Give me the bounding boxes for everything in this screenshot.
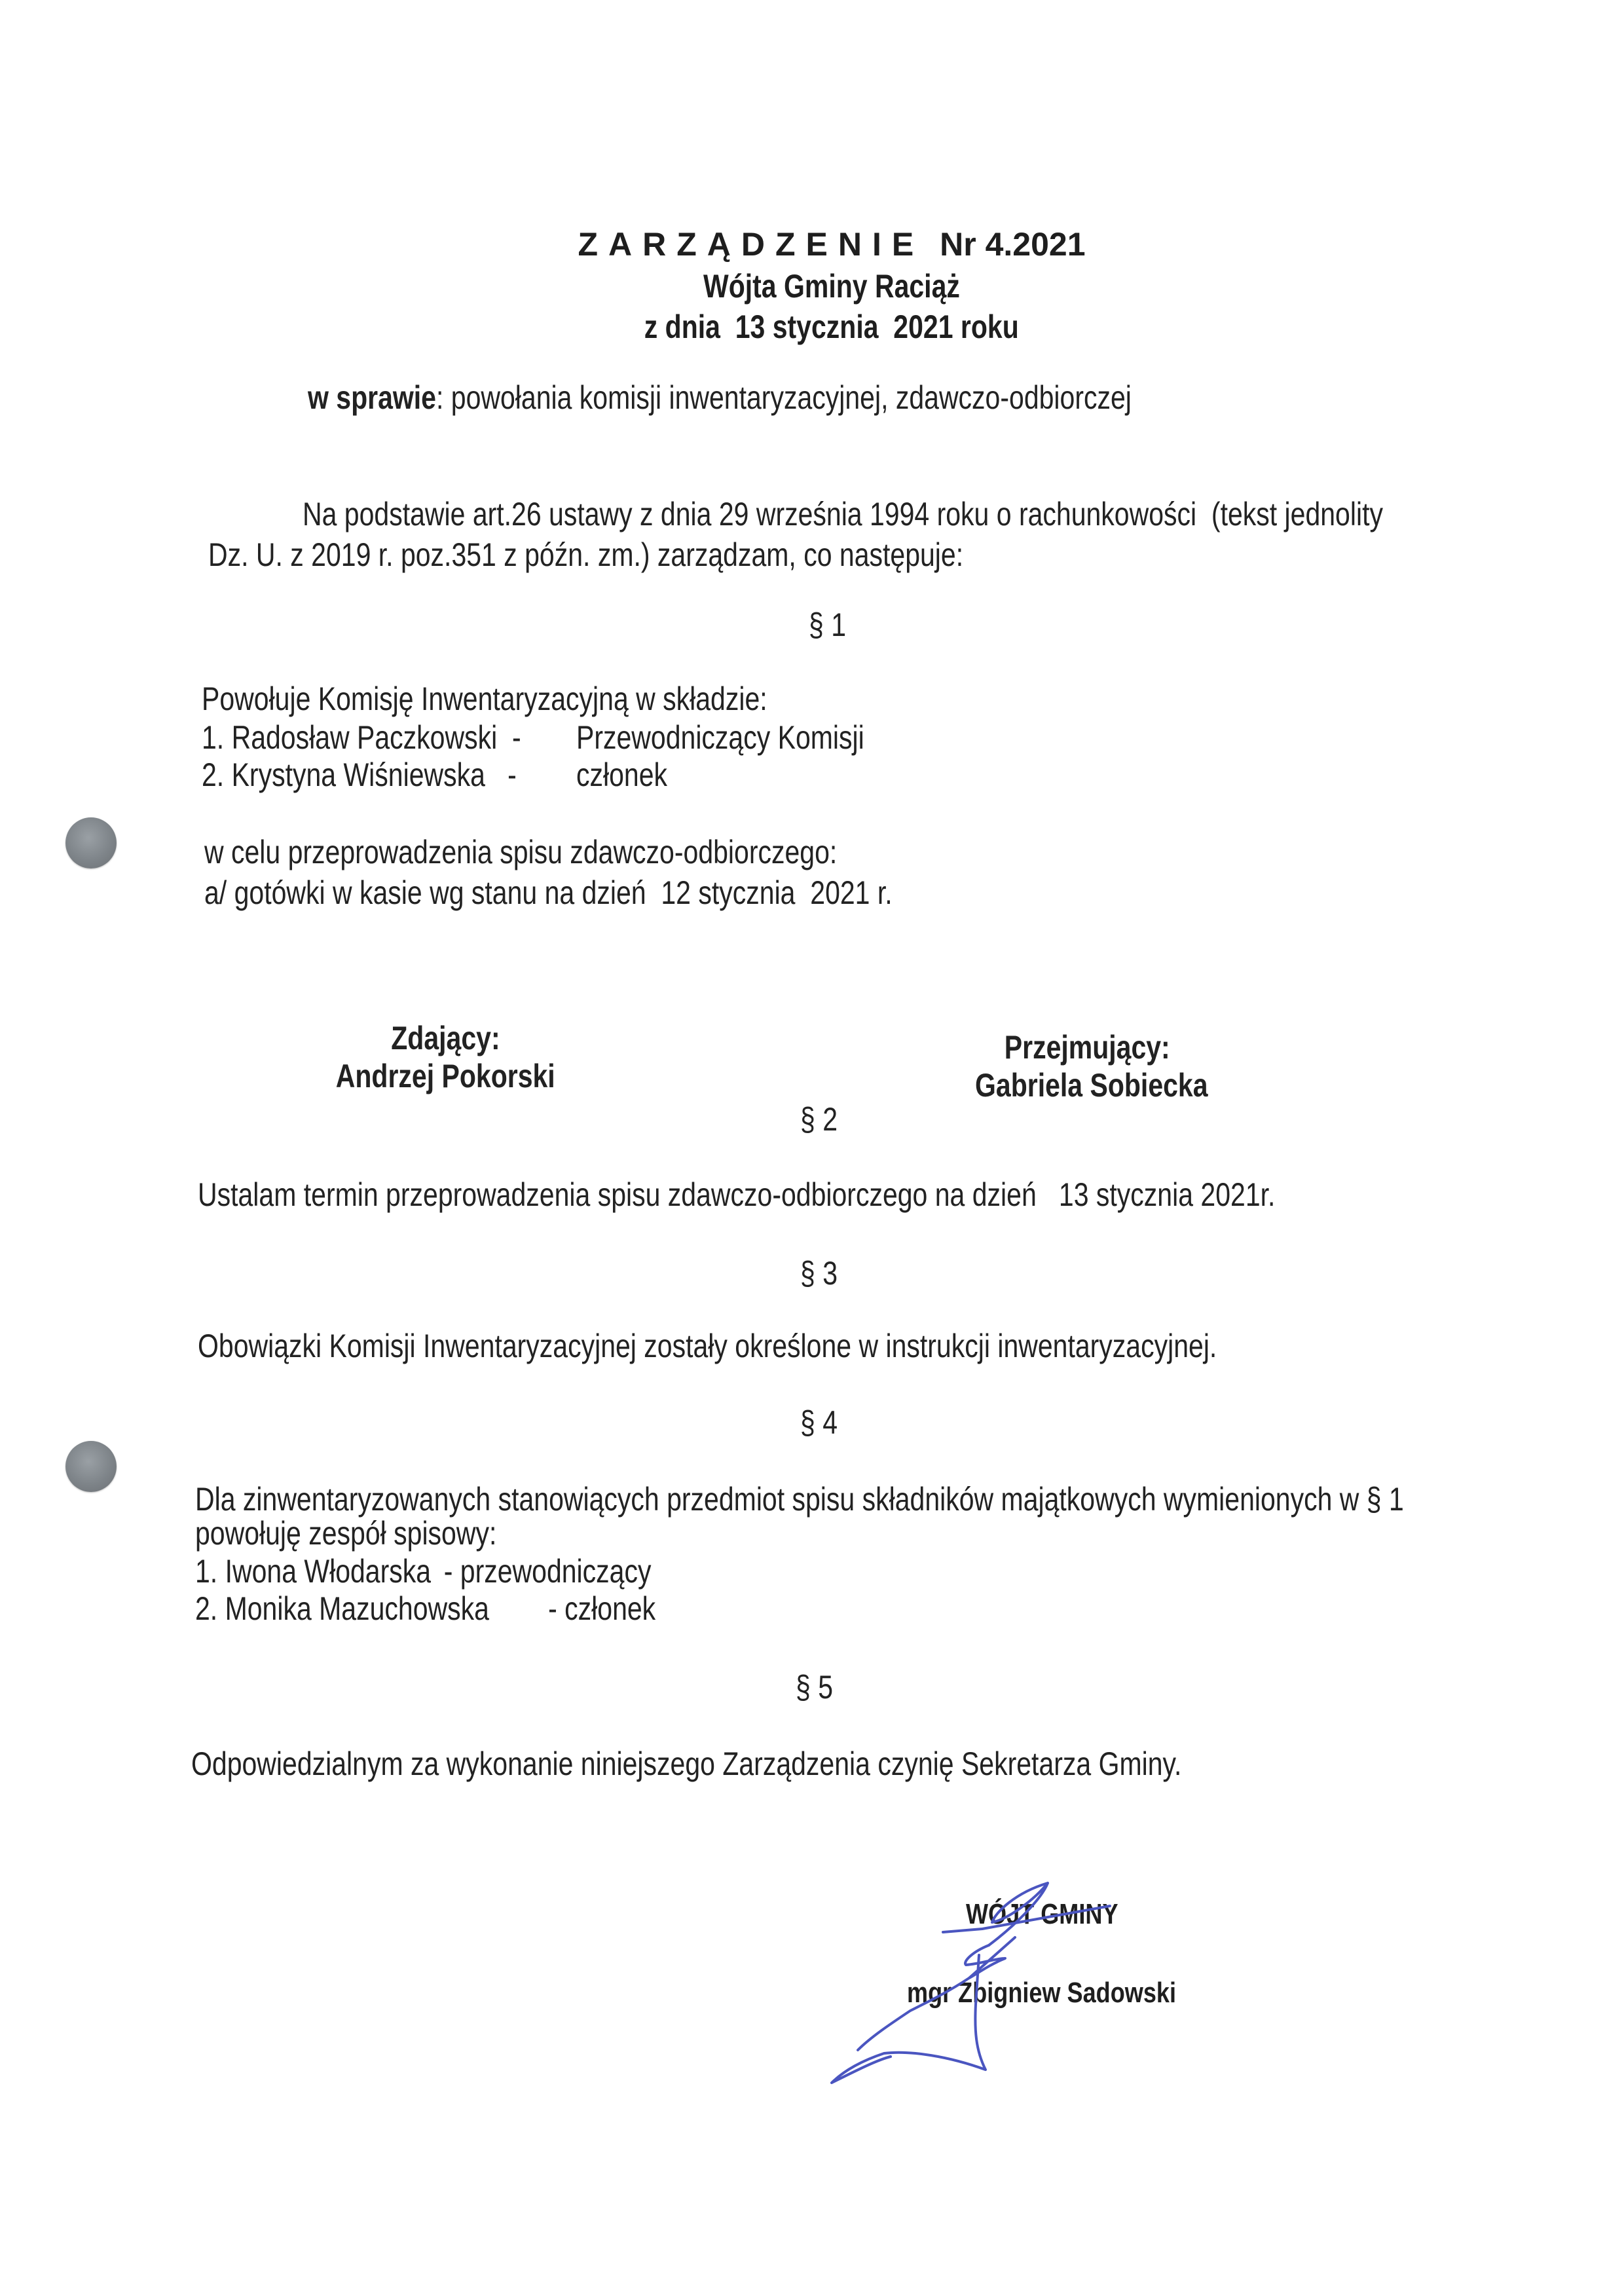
subject-line: w sprawie: powołania komisji inwentaryza… xyxy=(308,379,1312,417)
commission-member-role: Przewodniczący Komisji xyxy=(576,718,927,756)
document-header: ZARZĄDZENIE Nr 4.2021 Wójta Gminy Raciąż… xyxy=(0,226,1624,345)
section-4-mark: § 4 xyxy=(800,1404,846,1442)
document-number: Nr 4.2021 xyxy=(940,226,1085,263)
section-2-text: Ustalam termin przeprowadzenia spisu zda… xyxy=(198,1176,1512,1214)
commission-member-role: członek xyxy=(576,756,688,794)
punch-hole-icon xyxy=(65,1441,117,1492)
document-issuer: Wójta Gminy Raciąż xyxy=(0,268,1624,305)
preamble-line-1: Na podstawie art.26 ustawy z dnia 29 wrz… xyxy=(303,495,1620,533)
census-team-member: 1. Iwona Włodarska- przewodniczący xyxy=(195,1552,751,1590)
preamble-line-2: Dz. U. z 2019 r. poz.351 z późn. zm.) za… xyxy=(208,536,1129,574)
receiving-name: Gabriela Sobiecka xyxy=(950,1066,1225,1104)
section-4-line-1: Dla zinwentaryzowanych stanowiących prze… xyxy=(195,1480,1624,1518)
signature-name: mgr Zbigniew Sadowski xyxy=(907,1977,1235,2009)
signature-title: WÓJT GMINY xyxy=(966,1898,1152,1931)
section-3-text: Obowiązki Komisji Inwentaryzacyjnej zost… xyxy=(198,1327,1441,1365)
section-1-purpose: w celu przeprowadzenia spisu zdawczo-odb… xyxy=(204,833,976,871)
document-date: z dnia 13 stycznia 2021 roku xyxy=(0,308,1624,345)
section-4-line-2: powołuję zespół spisowy: xyxy=(195,1514,563,1552)
subject-text: : powołania komisji inwentaryzacyjnej, z… xyxy=(436,379,1132,416)
section-1-mark: § 1 xyxy=(809,606,855,644)
handing-over-block: Zdający: Andrzej Pokorski xyxy=(308,1019,583,1095)
document-title-line: ZARZĄDZENIE Nr 4.2021 xyxy=(0,226,1624,263)
section-2-mark: § 2 xyxy=(800,1100,846,1138)
census-team-member: 2. Monika Mazuchowska- członek xyxy=(195,1590,757,1628)
commission-member: 2. Krystyna Wiśniewska - xyxy=(202,756,585,794)
subject-label: w sprawie xyxy=(308,379,436,416)
handing-over-name: Andrzej Pokorski xyxy=(308,1057,583,1095)
census-team-member-role: - przewodniczący xyxy=(444,1553,652,1590)
document-title: ZARZĄDZENIE xyxy=(578,226,924,263)
commission-member: 1. Radosław Paczkowski - xyxy=(202,718,591,756)
census-team-member-role: - członek xyxy=(548,1590,655,1627)
punch-hole-icon xyxy=(65,817,117,868)
section-3-mark: § 3 xyxy=(800,1254,846,1292)
section-1-intro: Powołuje Komisję Inwentaryzacyjną w skła… xyxy=(202,680,891,718)
section-5-mark: § 5 xyxy=(796,1668,841,1706)
handing-over-label: Zdający: xyxy=(308,1019,583,1057)
section-5-text: Odpowiedzialnym za wykonanie niniejszego… xyxy=(191,1745,1399,1783)
section-1-purpose-cash: a/ gotówki w kasie wg stanu na dzień 12 … xyxy=(204,874,1043,912)
receiving-block: Przejmujący: Gabriela Sobiecka xyxy=(950,1028,1225,1104)
receiving-label: Przejmujący: xyxy=(950,1028,1225,1066)
